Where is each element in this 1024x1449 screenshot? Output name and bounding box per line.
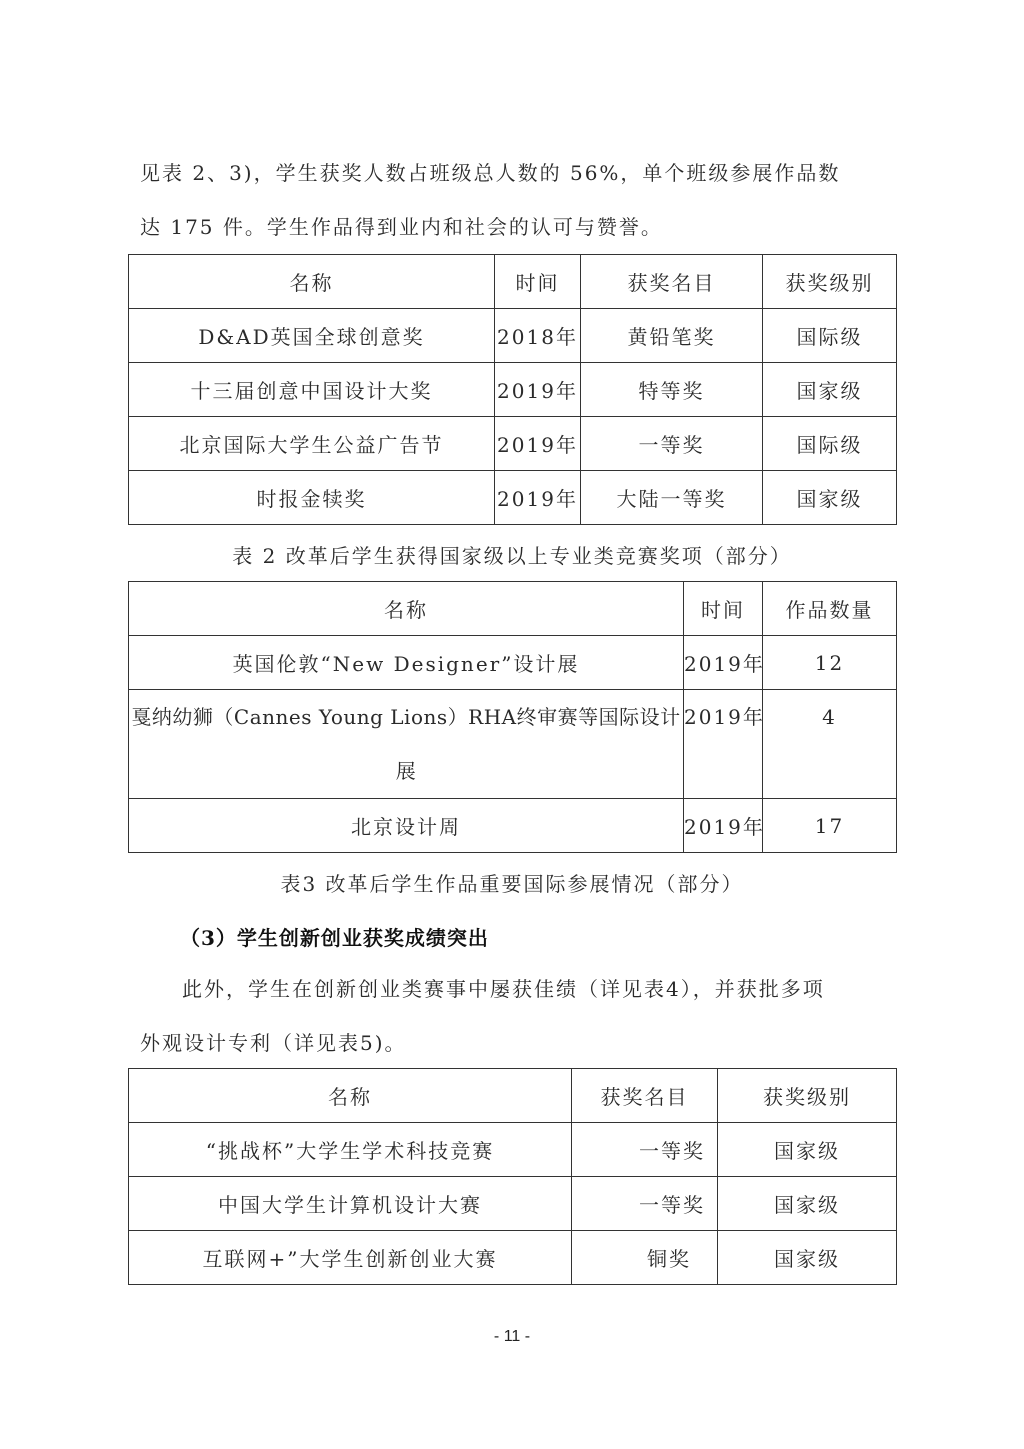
innovation-awards-table: 名称 获奖名目 获奖级别 “挑战杯”大学生学术科技竞赛 一等奖 国家级 中国大学…	[128, 1068, 897, 1285]
cell-level: 国家级	[763, 363, 897, 417]
cell-award: 一等奖	[572, 1123, 718, 1177]
table-row: 北京设计周 2019年 17	[129, 799, 897, 853]
header-name: 名称	[129, 1069, 572, 1123]
intro-paragraph-line-2: 达 175 件。学生作品得到业内和社会的认可与赞誉。	[140, 200, 900, 254]
table-header-row: 名称 时间 作品数量	[129, 582, 897, 636]
table-row: 互联网+”大学生创新创业大赛 铜奖 国家级	[129, 1231, 897, 1285]
cell-name: 中国大学生计算机设计大赛	[129, 1177, 572, 1231]
header-award: 获奖名目	[572, 1069, 718, 1123]
table-row: 时报金犊奖 2019年 大陆一等奖 国家级	[129, 471, 897, 525]
cell-award: 黄铅笔奖	[581, 309, 763, 363]
header-time: 时间	[495, 255, 581, 309]
table-row: 英国伦敦“New Designer”设计展 2019年 12	[129, 636, 897, 690]
header-count: 作品数量	[763, 582, 897, 636]
table-header-row: 名称 获奖名目 获奖级别	[129, 1069, 897, 1123]
header-award: 获奖名目	[581, 255, 763, 309]
cell-name: 时报金犊奖	[129, 471, 495, 525]
page-number: - 11 -	[0, 1328, 1024, 1346]
table-3-caption: 表3 改革后学生作品重要国际参展情况（部分）	[128, 868, 896, 897]
cell-award: 一等奖	[572, 1177, 718, 1231]
cell-name: 北京国际大学生公益广告节	[129, 417, 495, 471]
header-level: 获奖级别	[718, 1069, 897, 1123]
table-row: 北京国际大学生公益广告节 2019年 一等奖 国际级	[129, 417, 897, 471]
header-name: 名称	[129, 255, 495, 309]
header-name: 名称	[129, 582, 684, 636]
cell-level: 国际级	[763, 417, 897, 471]
cell-level: 国家级	[718, 1231, 897, 1285]
cell-count: 12	[763, 636, 897, 690]
cell-name: 戛纳幼狮（Cannes Young Lions）RHA终审赛等国际设计展	[129, 690, 684, 799]
cell-name: “挑战杯”大学生学术科技竞赛	[129, 1123, 572, 1177]
cell-name: D&AD英国全球创意奖	[129, 309, 495, 363]
table-row: D&AD英国全球创意奖 2018年 黄铅笔奖 国际级	[129, 309, 897, 363]
cell-award: 大陆一等奖	[581, 471, 763, 525]
header-time: 时间	[684, 582, 763, 636]
section-heading: （3）学生创新创业获奖成绩突出	[180, 922, 489, 951]
table-row: 中国大学生计算机设计大赛 一等奖 国家级	[129, 1177, 897, 1231]
intro-paragraph-line-1: 见表 2、3)，学生获奖人数占班级总人数的 56%，单个班级参展作品数	[140, 146, 900, 200]
cell-time: 2019年	[495, 471, 581, 525]
cell-time: 2018年	[495, 309, 581, 363]
cell-name: 北京设计周	[129, 799, 684, 853]
awards-table: 名称 时间 获奖名目 获奖级别 D&AD英国全球创意奖 2018年 黄铅笔奖 国…	[128, 254, 897, 525]
cell-award: 特等奖	[581, 363, 763, 417]
table-row: “挑战杯”大学生学术科技竞赛 一等奖 国家级	[129, 1123, 897, 1177]
cell-level: 国家级	[718, 1123, 897, 1177]
cell-count: 17	[763, 799, 897, 853]
cell-time: 2019年	[684, 636, 763, 690]
cell-count: 4	[763, 690, 897, 799]
table-header-row: 名称 时间 获奖名目 获奖级别	[129, 255, 897, 309]
cell-name: 互联网+”大学生创新创业大赛	[129, 1231, 572, 1285]
cell-time: 2019年	[495, 417, 581, 471]
table-row: 戛纳幼狮（Cannes Young Lions）RHA终审赛等国际设计展 201…	[129, 690, 897, 799]
cell-time: 2019年	[495, 363, 581, 417]
exhibitions-table: 名称 时间 作品数量 英国伦敦“New Designer”设计展 2019年 1…	[128, 581, 897, 853]
table-row: 十三届创意中国设计大奖 2019年 特等奖 国家级	[129, 363, 897, 417]
cell-time: 2019年	[684, 799, 763, 853]
cell-level: 国际级	[763, 309, 897, 363]
header-level: 获奖级别	[763, 255, 897, 309]
cell-name: 十三届创意中国设计大奖	[129, 363, 495, 417]
cell-award: 铜奖	[572, 1231, 718, 1285]
cell-name: 英国伦敦“New Designer”设计展	[129, 636, 684, 690]
cell-award: 一等奖	[581, 417, 763, 471]
cell-level: 国家级	[763, 471, 897, 525]
cell-time: 2019年	[684, 690, 763, 799]
section-paragraph-line-2: 外观设计专利（详见表5)。	[140, 1016, 900, 1070]
cell-level: 国家级	[718, 1177, 897, 1231]
table-2-caption: 表 2 改革后学生获得国家级以上专业类竞赛奖项（部分）	[128, 540, 896, 569]
section-paragraph-line-1: 此外，学生在创新创业类赛事中屡获佳绩（详见表4），并获批多项	[182, 962, 942, 1016]
